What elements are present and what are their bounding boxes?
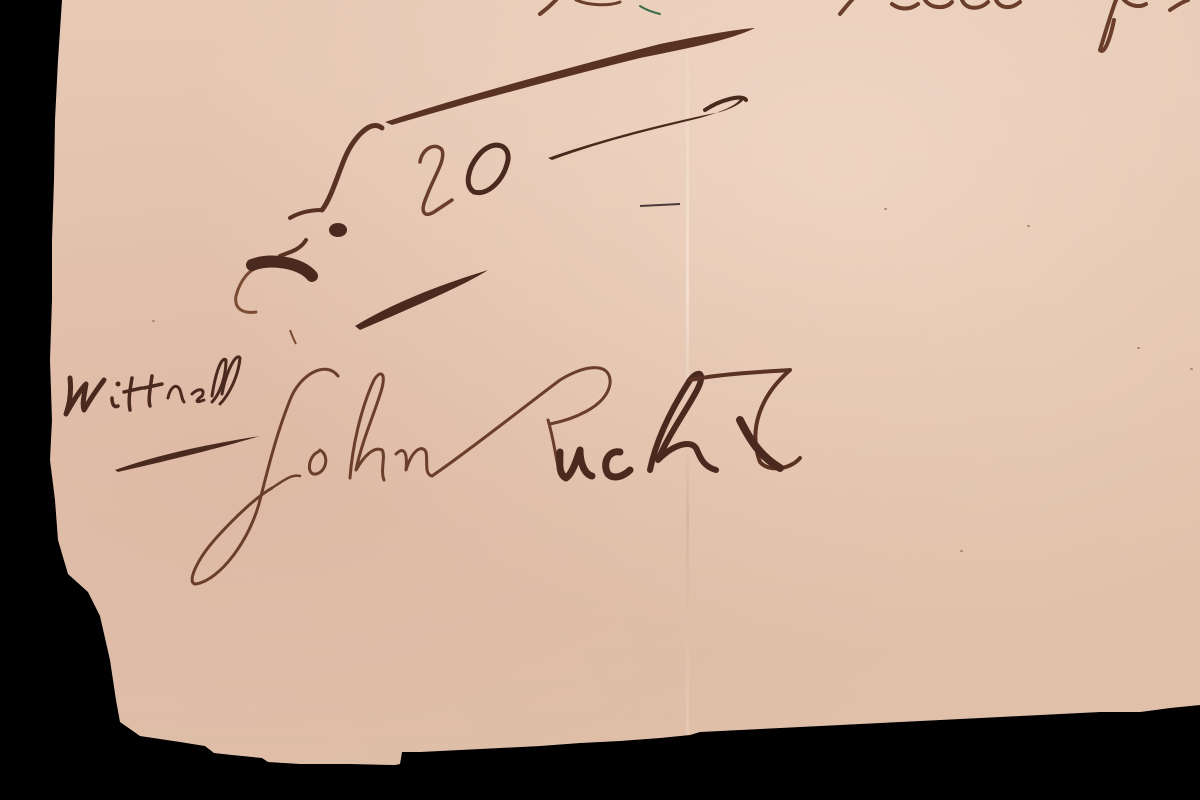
top-text-fragment — [540, 0, 1188, 51]
flourish-stroke-top — [385, 28, 755, 125]
handwriting-ink-layer — [0, 0, 1200, 800]
photo-stage: …recei… £ 20 Witness John Ruck — [0, 0, 1200, 800]
witness-label-ink — [66, 357, 240, 414]
pound-symbol — [236, 126, 382, 313]
underline-stroke — [355, 270, 488, 330]
witness-underline — [115, 436, 260, 472]
signature-ink — [192, 368, 800, 584]
amount-numerals — [420, 145, 508, 214]
ink-mark-small — [640, 204, 680, 206]
pound-dot — [329, 223, 347, 237]
